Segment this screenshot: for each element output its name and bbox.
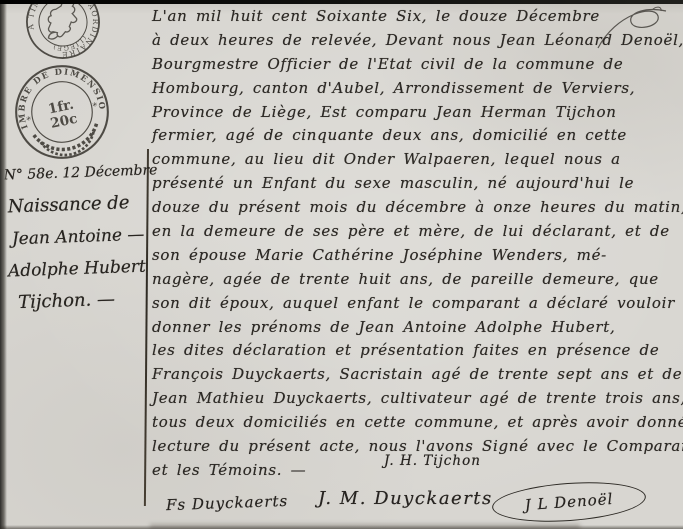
body-line: douze du présent mois du décembre à onze…: [152, 196, 680, 220]
signature-comparant: J. H. Tijchon: [384, 453, 481, 469]
body-line: Province de Liège, Est comparu Jean Herm…: [152, 101, 680, 125]
scan-edge-top: [0, 0, 683, 4]
revenue-stamp-dimension: TIMBRE DE DIMENSION 1fr. 20c * *: [12, 62, 112, 162]
body-line: donner les prénoms de Jean Antoine Adolp…: [152, 316, 680, 340]
margin-note: N° 58e. 12 Décembre Naissance de Jean An…: [2, 158, 153, 323]
margin-line: Adolphe Hubert: [8, 253, 153, 290]
body-line: présenté un Enfant du sexe masculin, né …: [152, 172, 680, 196]
body-line: en la demeure de ses père et mère, de lu…: [152, 220, 680, 244]
revenue-stamp-extraordinaire: A TIMBRE EXTRAORDINAIRE (LIEGE): [3, 0, 123, 70]
body-line: les dites déclaration et présentation fa…: [152, 339, 680, 363]
record-body: L'an mil huit cent Soixante Six, le douz…: [152, 5, 680, 483]
birth-record-scan: A TIMBRE EXTRAORDINAIRE (LIEGE) TIMBRE D…: [0, 0, 683, 529]
body-line: nagère, agée de trente huit ans, de pare…: [152, 268, 680, 292]
body-line: Bourgmestre Officier de l'Etat civil de …: [152, 53, 680, 77]
margin-line: Naissance de: [7, 189, 150, 226]
body-line: Hombourg, canton d'Aubel, Arrondissement…: [152, 77, 680, 101]
body-line: à deux heures de relevée, Devant nous Je…: [152, 29, 680, 53]
body-line: fermier, agé de cinquante deux ans, domi…: [152, 124, 680, 148]
svg-text:A TIMBRE EXTRAORDINAIRE: A TIMBRE EXTRAORDINAIRE: [18, 0, 108, 67]
margin-line: Jean Antoine —: [11, 221, 151, 258]
body-line: tous deux domiciliés en cette commune, e…: [152, 411, 680, 435]
scan-edge-bottom: [0, 525, 683, 529]
body-line: son épouse Marie Cathérine Joséphine Wen…: [152, 244, 680, 268]
body-line: François Duyckaerts, Sacristain agé de t…: [152, 363, 680, 387]
margin-line: Tijchon. —: [18, 285, 154, 322]
body-line: commune, au lieu dit Onder Walpaeren, le…: [152, 148, 680, 172]
lion-rampant-icon: [41, 0, 81, 40]
signature-witness-2: J. M. Duyckaerts: [318, 488, 493, 509]
body-line: L'an mil huit cent Soixante Six, le douz…: [152, 5, 680, 29]
body-line: Jean Mathieu Duyckaerts, cultivateur agé…: [152, 387, 680, 411]
scan-edge-left: [0, 0, 7, 529]
signature-officer-circled: J L Denoël: [491, 478, 647, 527]
record-number: N° 58e. 12 Décembre: [3, 158, 149, 195]
signature-witness-1: Fs Duyckaerts: [166, 492, 289, 514]
body-line: son dit époux, auquel enfant le comparan…: [152, 292, 680, 316]
